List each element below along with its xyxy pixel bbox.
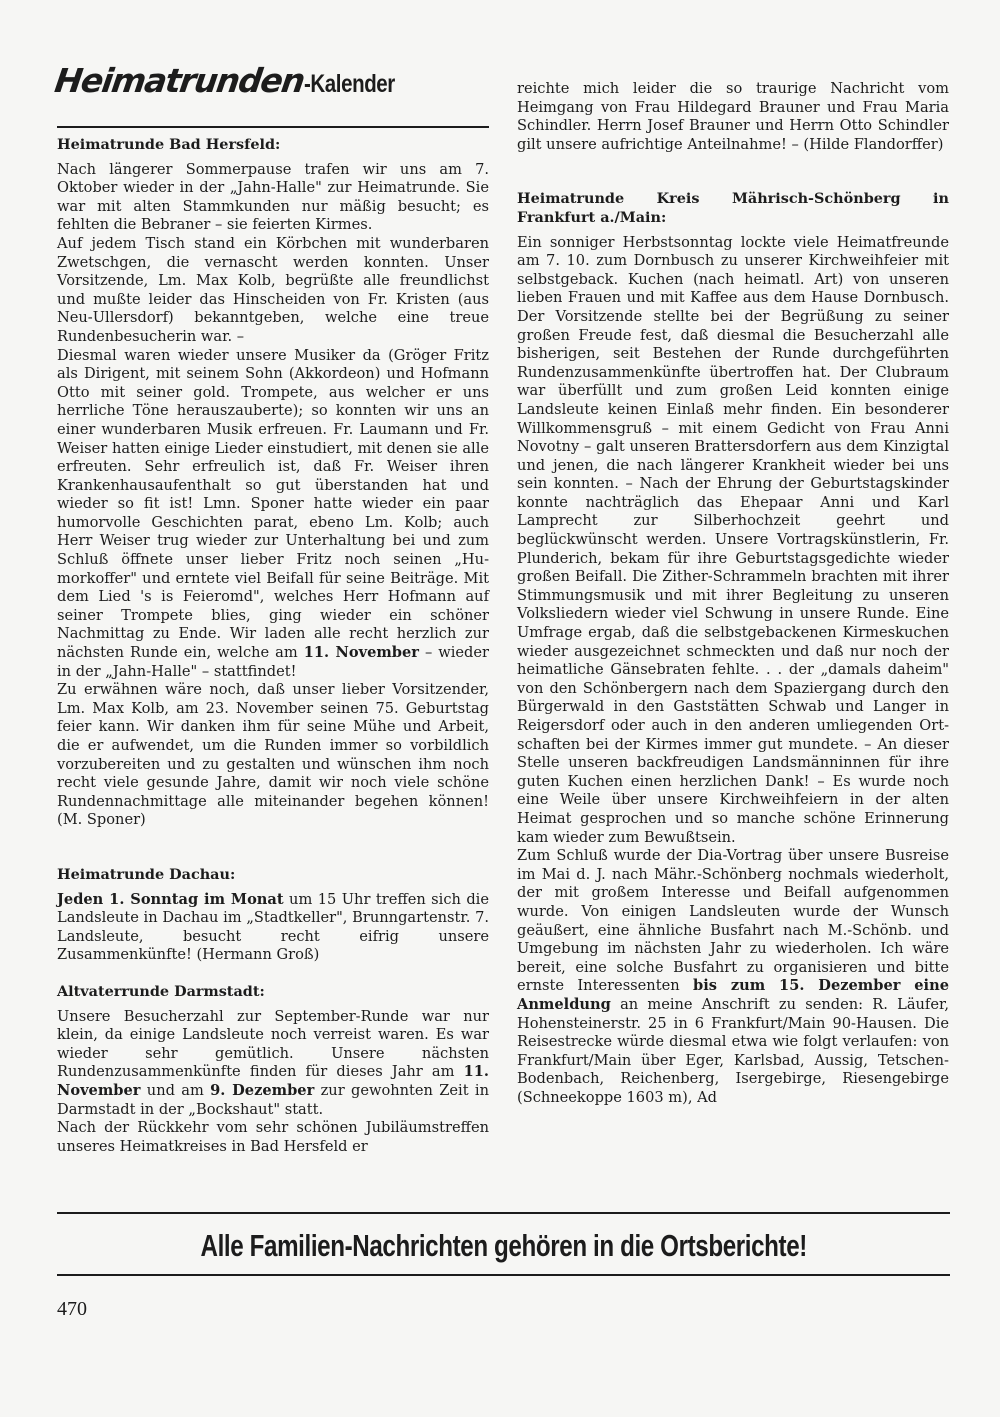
masthead-script-title: Heimatrunden xyxy=(54,72,305,91)
paragraph: Nach längerer Sommerpause trafen wir uns… xyxy=(57,161,489,235)
banner-rule-bottom xyxy=(57,1274,950,1276)
section-heading: Heimatrunde Kreis Mährisch-Schönberg in … xyxy=(517,190,949,227)
section-heading: Heimatrunde Bad Hersfeld: xyxy=(57,136,489,155)
masthead-block-title: -Kalender xyxy=(304,75,395,94)
newsletter-page: Heimatrunden-Kalender Heimatrunde Bad He… xyxy=(0,0,1000,1417)
left-column: Heimatrunden-Kalender Heimatrunde Bad He… xyxy=(57,72,489,1156)
section-bad-hersfeld: Heimatrunde Bad Hersfeld: Nach längerer … xyxy=(57,136,489,830)
masthead: Heimatrunden-Kalender xyxy=(55,72,489,122)
continuation-paragraph: reichte mich leider die so traurige Nach… xyxy=(517,80,949,154)
paragraph: Nach der Rückkehr vom sehr schönen Jubil… xyxy=(57,1119,489,1156)
section-heading: Altvaterrunde Darmstadt: xyxy=(57,983,489,1002)
paragraph: Jeden 1. Sonntag im Monat um 15 Uhr tref… xyxy=(57,891,489,965)
date-highlight: 9. Dezember xyxy=(210,1082,314,1099)
date-highlight: Jeden 1. Sonntag im Monat xyxy=(57,891,284,908)
paragraph: Auf jedem Tisch stand ein Körbchen mit w… xyxy=(57,235,489,347)
paragraph: Zu erwähnen wäre noch, daß unser lieber … xyxy=(57,681,489,830)
footer-banner: Alle Familien-Nachrichten gehören in die… xyxy=(57,1228,950,1264)
section-darmstadt: Altvaterrunde Darmstadt: Unsere Besucher… xyxy=(57,983,489,1156)
section-maehrisch-schoenberg: Heimatrunde Kreis Mährisch-Schönberg in … xyxy=(517,190,949,1107)
paragraph: Unsere Besucherzahl zur September-Runde … xyxy=(57,1008,489,1120)
masthead-rule xyxy=(57,126,489,128)
banner-rule-top xyxy=(57,1212,950,1214)
paragraph: Zum Schluß wurde der Dia-Vortrag über un… xyxy=(517,847,949,1107)
page-number: 470 xyxy=(57,1298,87,1321)
paragraph: Diesmal waren wieder unsere Musiker da (… xyxy=(57,347,489,682)
date-highlight: 11. November xyxy=(304,644,419,661)
section-heading: Heimatrunde Dachau: xyxy=(57,866,489,885)
section-dachau: Heimatrunde Dachau: Jeden 1. Sonntag im … xyxy=(57,866,489,965)
right-column: reichte mich leider die so traurige Nach… xyxy=(517,80,949,1107)
paragraph: Ein sonniger Herbstsonntag lockte viele … xyxy=(517,234,949,848)
